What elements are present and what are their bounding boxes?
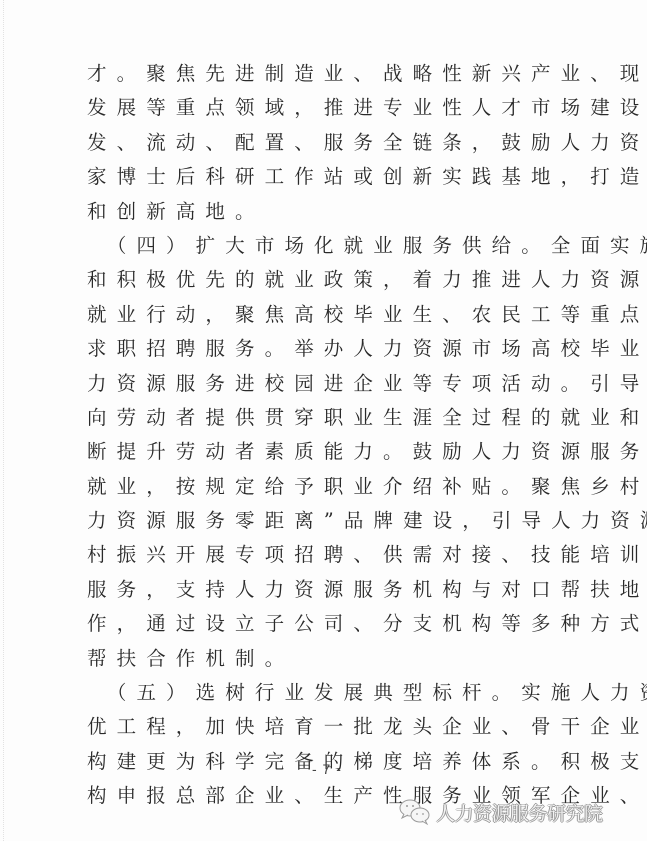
document-body: 才。聚焦先进制造业、战略性新兴产业、现代服务业及数字化 发展等重点领域，推进专业… bbox=[87, 57, 577, 814]
section-heading-line: （五）选树行业发展典型标杆。实施人力资源服务机构培 bbox=[87, 676, 577, 710]
text-line: 和积极优先的就业政策，着力推进人力资源服务机构稳就业促 bbox=[87, 263, 577, 297]
text-line: 就业，按规定给予职业介绍补贴。聚焦乡村振兴战略，深化“人 bbox=[87, 470, 577, 504]
page-edge bbox=[3, 0, 4, 841]
text-line: 断提升劳动者素质能力。鼓励人力资源服务机构帮助重点群体 bbox=[87, 435, 577, 469]
watermark: 人力资源服务研究院 bbox=[398, 798, 603, 826]
text-line: 村振兴开展专项招聘、供需对接、技能培训、劳务品牌建设等 bbox=[87, 538, 577, 572]
text-line: 家博士后科研工作站或创新实践基地，打造高端人才集聚平台 bbox=[87, 160, 577, 194]
text-line: 求职招聘服务。举办人力资源市场高校毕业生就业服务周、人 bbox=[87, 332, 577, 366]
text-line: 作，通过设立子公司、分支机构等多种方式，形成常态化就业 bbox=[87, 607, 577, 641]
text-line: 力资源服务零距离”品牌建设，引导人力资源服务机构围绕乡 bbox=[87, 504, 577, 538]
text-line: 力资源服务进校园进企业等专项活动。引导人力资源服务机构 bbox=[87, 367, 577, 401]
text-line: 发、流动、配置、服务全链条，鼓励人力资源服务机构创建国 bbox=[87, 126, 577, 160]
text-line: 才。聚焦先进制造业、战略性新兴产业、现代服务业及数字化 bbox=[87, 57, 577, 91]
text-line: 优工程，加快培育一批龙头企业、骨干企业和专精特新企业， bbox=[87, 710, 577, 744]
text-line: 帮扶合作机制。 bbox=[87, 642, 577, 676]
text-line: 和创新高地。 bbox=[87, 195, 577, 229]
text-line: 发展等重点领域，推进专业性人才市场建设，打通专业人才开 bbox=[87, 91, 577, 125]
wechat-icon bbox=[398, 798, 432, 826]
text-line: 就业行动，聚焦高校毕业生、农民工等重点群体，多渠道开展 bbox=[87, 298, 577, 332]
watermark-text: 人力资源服务研究院 bbox=[436, 799, 603, 826]
section-heading-line: （四）扩大市场化就业服务供给。全面实施就业优先战略 bbox=[87, 229, 577, 263]
page-number: - 7 - bbox=[312, 761, 342, 777]
text-line: 向劳动者提供贯穿职业生涯全过程的就业和职业发展服务，不 bbox=[87, 401, 577, 435]
text-line: 服务，支持人力资源服务机构与对口帮扶地区广泛开展对接合 bbox=[87, 573, 577, 607]
